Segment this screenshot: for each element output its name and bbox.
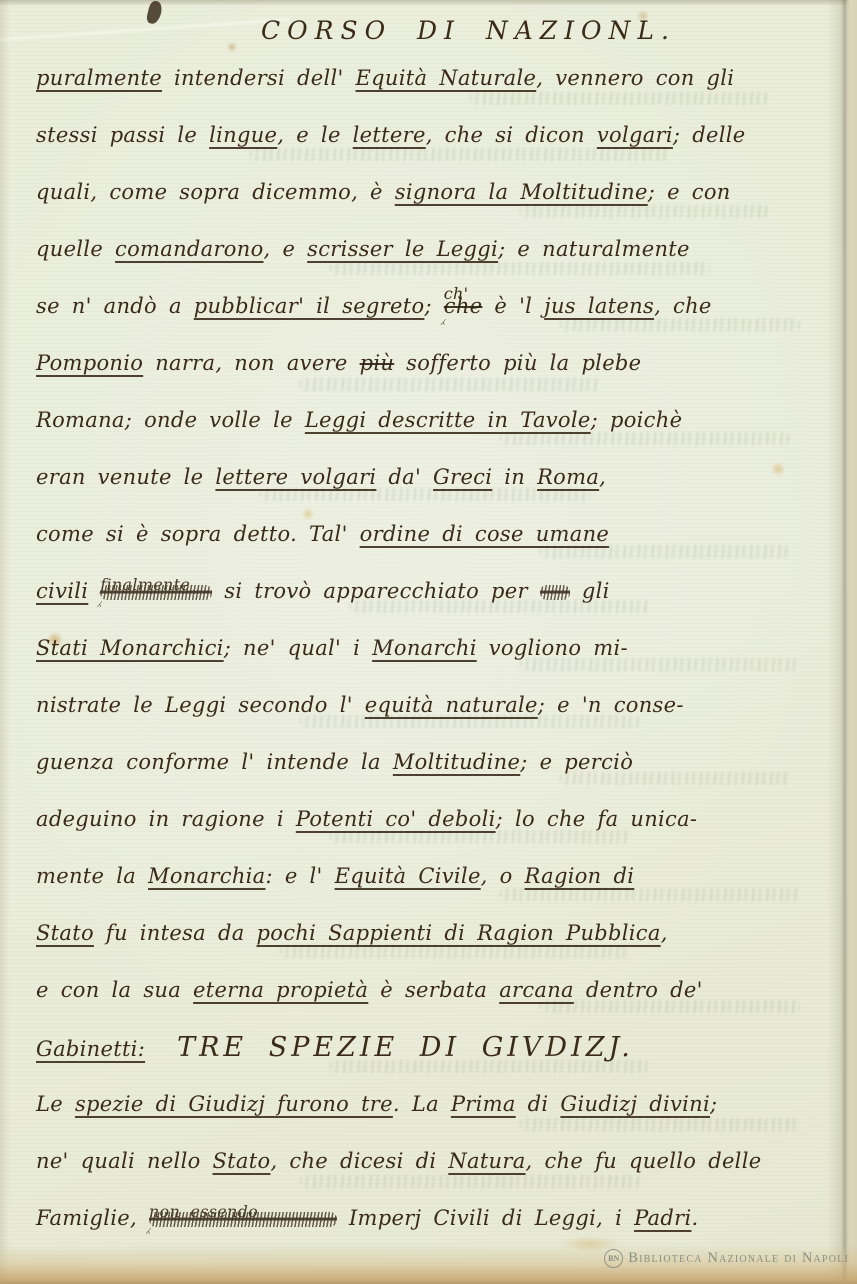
- text-segment: Famiglie,: [36, 1206, 149, 1230]
- text-segment: ; e perciò: [520, 750, 633, 774]
- manuscript-line: Gabinetti:TRE SPEZIE DI GIVDIZJ.: [36, 1019, 843, 1076]
- text-segment: è serbata: [368, 978, 499, 1002]
- manuscript-line: nistrate le Leggi secondo l' equità natu…: [36, 677, 843, 734]
- text-segment: mente la: [36, 864, 148, 888]
- text-segment: Roma: [537, 465, 599, 489]
- page-left-edge-shadow: [0, 0, 10, 1284]
- text-segment: ; ne' qual' i: [224, 636, 372, 660]
- text-segment: Le: [36, 1092, 75, 1116]
- text-segment: se n' andò a: [36, 294, 194, 318]
- manuscript-line: adeguino in ragione i Potenti co' deboli…: [36, 791, 843, 848]
- text-segment: quelle: [36, 237, 115, 261]
- text-segment: ; poichè: [591, 408, 683, 432]
- text-segment: intendersi dell': [162, 66, 356, 90]
- text-segment: , e: [264, 237, 308, 261]
- text-segment: ; e con: [648, 180, 731, 204]
- interlinear-insertion: ch': [444, 286, 469, 302]
- text-segment: . La: [393, 1092, 451, 1116]
- text-segment: quali, come sopra dicemmo, è: [36, 180, 395, 204]
- text-segment: Natura: [448, 1149, 525, 1173]
- interlinear-insertion: finalmente: [100, 577, 190, 593]
- text-segment: arcana: [499, 978, 574, 1002]
- text-segment: narra, non avere: [143, 351, 359, 375]
- page-top-edge-shadow: [0, 0, 857, 6]
- manuscript-line: Stato fu intesa da pochi Sappienti di Ra…: [36, 905, 843, 962]
- text-segment: jus latens: [544, 294, 654, 318]
- manuscript-page: CORSO DI NAZIONL. puralmente intendersi …: [0, 0, 857, 1284]
- text-segment: lettere volgari: [215, 465, 376, 489]
- text-segment: Equità Naturale: [356, 66, 537, 90]
- text-segment: lettere: [353, 123, 426, 147]
- text-segment: pochi Sappienti di Ragion Pubblica: [257, 921, 661, 945]
- scribble-deletion: non essendo: [149, 1212, 337, 1227]
- text-segment: , che fu quello delle: [526, 1149, 762, 1173]
- text-segment: è 'l: [482, 294, 544, 318]
- text-segment: sofferto più la plebe: [394, 351, 641, 375]
- text-segment: di: [516, 1092, 561, 1116]
- text-segment: da': [376, 465, 433, 489]
- manuscript-line: stessi passi le lingue, e le lettere, ch…: [36, 107, 843, 164]
- manuscript-line: eran venute le lettere volgari da' Greci…: [36, 449, 843, 506]
- manuscript-line: come si è sopra detto. Tal' ordine di co…: [36, 506, 843, 563]
- manuscript-line: Famiglie, non essendo Imperj Civili di L…: [36, 1190, 843, 1247]
- manuscript-line: quali, come sopra dicemmo, è signora la …: [36, 164, 843, 221]
- text-segment: ;: [710, 1092, 717, 1116]
- manuscript-line: guenza conforme l' intende la Moltitudin…: [36, 734, 843, 791]
- text-segment: Prima: [451, 1092, 516, 1116]
- text-segment: spezie di Giudizj furono tre: [75, 1092, 393, 1116]
- text-segment: nistrate le Leggi secondo l': [36, 693, 365, 717]
- text-segment: Gabinetti:: [36, 1037, 145, 1061]
- text-segment: , che: [654, 294, 712, 318]
- text-segment: , e le: [277, 123, 352, 147]
- interlinear-insertion: non essendo: [149, 1204, 258, 1220]
- text-segment: ; lo che fa unica-: [496, 807, 698, 831]
- manuscript-line: ne' quali nello Stato, che dicesi di Nat…: [36, 1133, 843, 1190]
- text-segment: in: [492, 465, 537, 489]
- text-segment: : e l': [265, 864, 334, 888]
- text-segment: Padri: [634, 1206, 691, 1230]
- text-segment: comandarono: [115, 237, 263, 261]
- text-segment: eterna propietà: [193, 978, 368, 1002]
- manuscript-line: Le spezie di Giudizj furono tre. La Prim…: [36, 1076, 843, 1133]
- text-segment: ; e 'n conse-: [538, 693, 684, 717]
- text-segment: Moltitudine: [393, 750, 520, 774]
- text-segment: ,: [599, 465, 606, 489]
- text-segment: chech': [444, 294, 483, 318]
- manuscript-line: quelle comandarono, e scrisser le Leggi;…: [36, 221, 843, 278]
- text-segment: signora la Moltitudine: [395, 180, 648, 204]
- manuscript-line: civili finalmente si trovò apparecchiato…: [36, 563, 843, 620]
- text-segment: Stato: [36, 921, 94, 945]
- text-segment: Leggi descritte in Tavole: [305, 408, 591, 432]
- text-segment: più: [360, 351, 395, 375]
- text-segment: Stati Monarchici: [36, 636, 224, 660]
- text-segment: volgari: [597, 123, 673, 147]
- manuscript-line: Stati Monarchici; ne' qual' i Monarchi v…: [36, 620, 843, 677]
- text-segment: Ragion di: [525, 864, 635, 888]
- text-segment: gli: [570, 579, 610, 603]
- text-segment: Pomponio: [36, 351, 143, 375]
- text-segment: adeguino in ragione i: [36, 807, 296, 831]
- text-segment: vogliono mi-: [477, 636, 628, 660]
- library-watermark: BN Biblioteca Nazionale di Napoli: [604, 1249, 849, 1268]
- text-segment: puralmente: [36, 66, 162, 90]
- text-segment: ne' quali nello: [36, 1149, 213, 1173]
- text-segment: eran venute le: [36, 465, 215, 489]
- text-segment: dentro de': [574, 978, 703, 1002]
- text-segment: Monarchi: [372, 636, 477, 660]
- text-segment: , o: [481, 864, 525, 888]
- text-segment: Imperj Civili di Leggi, i: [337, 1206, 634, 1230]
- text-segment: ; e naturalmente: [498, 237, 690, 261]
- page-title: CORSO DI NAZIONL.: [40, 16, 857, 45]
- text-segment: civili: [36, 579, 88, 603]
- text-segment: ; delle: [673, 123, 746, 147]
- manuscript-lines: puralmente intendersi dell' Equità Natur…: [36, 50, 843, 1247]
- manuscript-line: Pomponio narra, non avere più sofferto p…: [36, 335, 843, 392]
- text-segment: .: [691, 1206, 698, 1230]
- scribble-deletion: finalmente: [100, 585, 212, 600]
- manuscript-line: mente la Monarchia: e l' Equità Civile, …: [36, 848, 843, 905]
- text-segment: guenza conforme l' intende la: [36, 750, 393, 774]
- text-segment: e con la sua: [36, 978, 193, 1002]
- text-segment: lingue: [209, 123, 277, 147]
- library-watermark-label: Biblioteca Nazionale di Napoli: [628, 1250, 849, 1267]
- text-segment: ordine di cose umane: [360, 522, 610, 546]
- text-segment: Monarchia: [148, 864, 265, 888]
- scribble-deletion: [540, 585, 570, 600]
- text-segment: Equità Civile: [335, 864, 481, 888]
- section-heading: TRE SPEZIE DI GIVDIZJ.: [177, 1032, 634, 1063]
- text-segment: scrisser le Leggi: [307, 237, 498, 261]
- text-segment: , vennero con gli: [536, 66, 734, 90]
- text-segment: pubblicar' il segreto: [194, 294, 425, 318]
- text-segment: fu intesa da: [94, 921, 257, 945]
- manuscript-line: puralmente intendersi dell' Equità Natur…: [36, 50, 843, 107]
- text-segment: Potenti co' deboli: [296, 807, 496, 831]
- text-segment: si trovò apparecchiato per: [212, 579, 540, 603]
- text-segment: Romana; onde volle le: [36, 408, 305, 432]
- manuscript-line: Romana; onde volle le Leggi descritte in…: [36, 392, 843, 449]
- text-segment: Giudizj divini: [560, 1092, 710, 1116]
- manuscript-line: se n' andò a pubblicar' il segreto; chec…: [36, 278, 843, 335]
- text-segment: come si è sopra detto. Tal': [36, 522, 360, 546]
- text-segment: equità naturale: [365, 693, 538, 717]
- text-segment: Stato: [213, 1149, 271, 1173]
- text-segment: stessi passi le: [36, 123, 209, 147]
- text-segment: ,: [661, 921, 668, 945]
- text-segment: Greci: [433, 465, 492, 489]
- text-segment: , che dicesi di: [270, 1149, 448, 1173]
- manuscript-line: e con la sua eterna propietà è serbata a…: [36, 962, 843, 1019]
- text-segment: , che si dicon: [426, 123, 597, 147]
- library-seal-icon: BN: [604, 1249, 623, 1268]
